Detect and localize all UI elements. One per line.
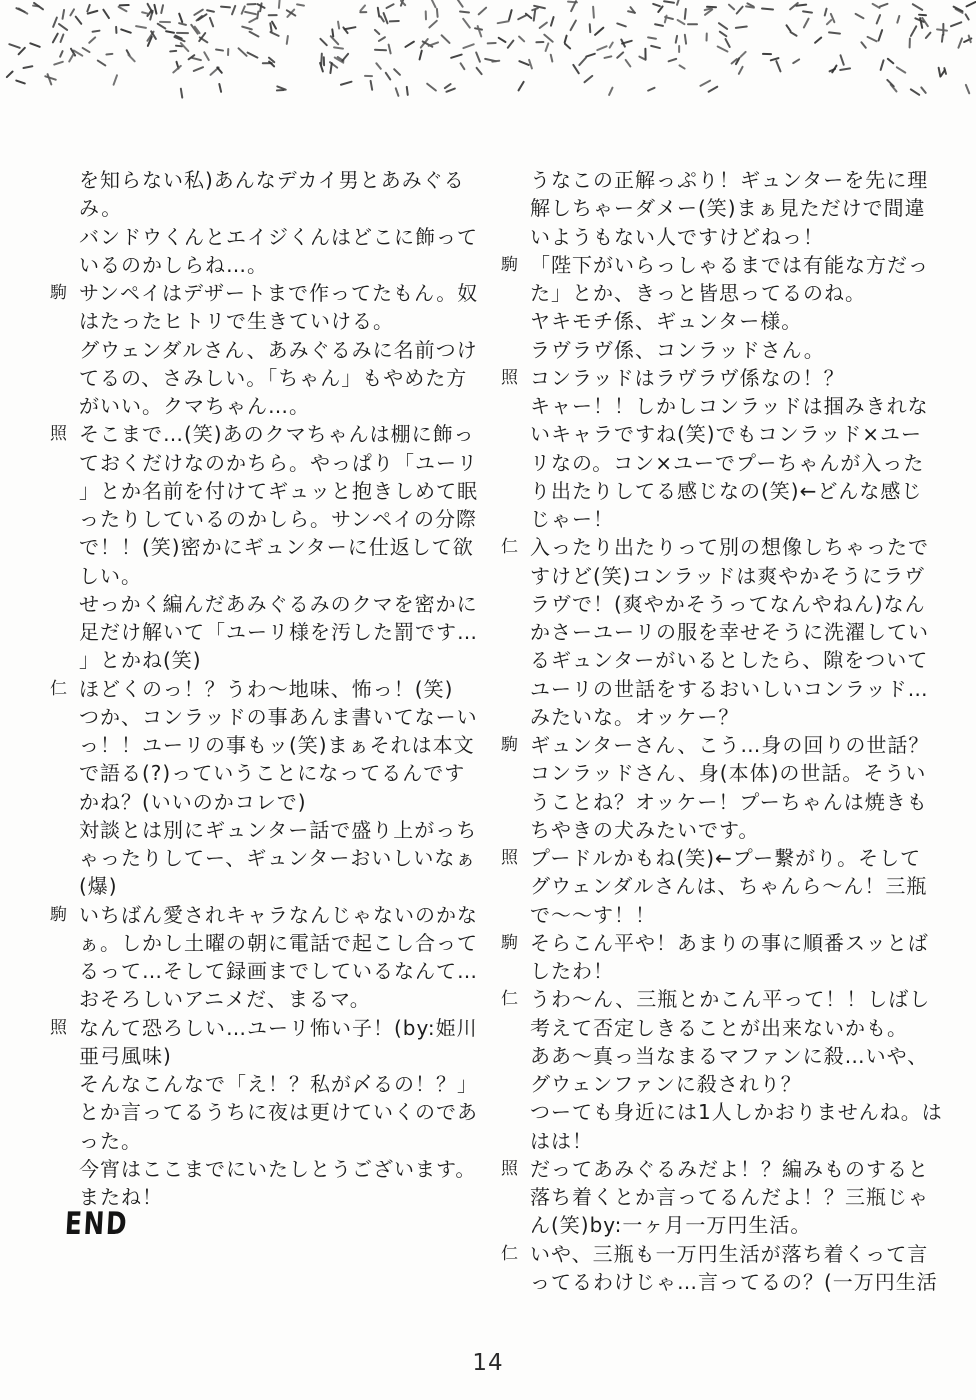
confetti-dash <box>839 54 845 66</box>
dialogue-paragraph: 照プードルかもね(笑)←プー繋がり。そして グウェンダルさんは、ちゃんら〜ん！三… <box>501 844 939 929</box>
confetti-dash <box>202 51 209 61</box>
dialogue-text: そんなこんなで「え！？私が〆るの！？」 とか言ってるうちに夜は更けていくのであ … <box>79 1070 488 1155</box>
speaker-marker: 仁 <box>501 1240 530 1297</box>
dialogue-continuation: うなこの正解っぷり！ギュンターを先に理 解しちゃーダメー(笑)まぁ見ただけで間違… <box>501 166 939 251</box>
speaker-marker: 駒 <box>501 929 530 986</box>
confetti-dash <box>406 85 409 96</box>
confetti-dash <box>624 59 631 68</box>
confetti-dash <box>430 0 437 8</box>
confetti-dash <box>74 15 82 25</box>
confetti-dash <box>454 0 463 8</box>
confetti-dash <box>728 3 736 11</box>
confetti-dash <box>678 64 686 70</box>
confetti-dash <box>909 25 917 37</box>
confetti-dash <box>879 59 885 71</box>
confetti-dash <box>369 79 373 90</box>
dialogue-text: だってあみぐるみだよ！？編みものすると 落ち着くとか言ってるんだよ！？三瓶じゃ … <box>530 1155 939 1240</box>
confetti-dash <box>333 46 345 50</box>
dialogue-paragraph: 照そこまで…(笑)あのクマちゃんは棚に飾っ ておくだけなのかちら。やっぱり「ユー… <box>50 420 488 590</box>
confetti-dash <box>393 68 402 77</box>
confetti-dash <box>278 0 281 10</box>
confetti-dash <box>105 53 114 56</box>
confetti-dash <box>241 25 253 30</box>
dialogue-continuation: ヤキモチ係、ギュンター様。 <box>501 307 939 335</box>
confetti-dash <box>594 26 605 36</box>
page-number: 14 <box>0 1350 976 1376</box>
confetti-dash <box>879 3 889 8</box>
confetti-dash <box>789 31 798 38</box>
confetti-dash <box>860 41 867 49</box>
confetti-dash <box>596 45 608 51</box>
confetti-dash <box>141 11 150 15</box>
confetti-dash <box>377 35 386 42</box>
confetti-dash <box>169 50 177 53</box>
confetti-dash <box>828 32 841 36</box>
speaker-marker: 仁 <box>501 533 530 731</box>
confetti-dash <box>427 41 439 47</box>
dialogue-continuation: バンドウくんとエイジくんはどこに飾って いるのかしらね…。 <box>50 223 488 280</box>
confetti-dash <box>476 25 482 38</box>
dialogue-continuation: ラヴラヴ係、コンラッドさん。 <box>501 336 939 364</box>
confetti-dash <box>127 54 136 63</box>
confetti-dash <box>549 54 553 63</box>
confetti-dash <box>707 85 718 93</box>
confetti-dash <box>449 53 462 59</box>
confetti-band <box>0 0 976 105</box>
confetti-dash <box>877 28 883 41</box>
confetti-dash <box>331 29 334 39</box>
dialogue-text: なんて恐ろしい…ユーリ怖い子！(by:姫川 亜弓風味) <box>79 1014 488 1071</box>
scanned-page: を知らない私)あんなデカイ男とあみぐる み。バンドウくんとエイジくんはどこに飾っ… <box>0 0 976 1400</box>
confetti-dash <box>508 9 513 22</box>
dialogue-text: ほどくのっ！？うわ〜地味、怖っ！(笑) <box>79 675 488 703</box>
confetti-dash <box>735 5 744 15</box>
confetti-dash <box>459 10 470 14</box>
dialogue-continuation: そんなこんなで「え！？私が〆るの！？」 とか言ってるうちに夜は更けていくのであ … <box>50 1070 488 1155</box>
dialogue-text: 「陛下がいらっしゃるまでは有能な方だっ た」とか、きっと皆思ってるのね。 <box>530 251 939 308</box>
speaker-marker <box>50 336 79 421</box>
confetti-dash <box>319 37 328 46</box>
confetti-dash <box>615 51 624 59</box>
confetti-dash <box>675 35 679 44</box>
confetti-dash <box>364 75 373 78</box>
confetti-dash <box>802 17 810 29</box>
confetti-dash <box>761 7 774 10</box>
confetti-dash <box>256 10 260 20</box>
dialogue-paragraph: 駒「陛下がいらっしゃるまでは有能な方だっ た」とか、きっと皆思ってるのね。 <box>501 251 939 308</box>
confetti-dash <box>440 34 451 44</box>
confetti-dash <box>705 33 708 42</box>
speaker-marker <box>501 392 530 533</box>
confetti-dash <box>385 3 395 10</box>
confetti-dash <box>61 9 65 20</box>
confetti-dash <box>244 10 257 15</box>
confetti-dash <box>854 12 865 19</box>
confetti-dash <box>603 55 613 59</box>
confetti-dash <box>462 17 471 28</box>
dialogue-text: ラヴラヴ係、コンラッドさん。 <box>530 336 939 364</box>
confetti-dash <box>426 82 437 92</box>
confetti-dash <box>51 16 57 28</box>
confetti-dash <box>462 43 475 50</box>
confetti-dash <box>792 58 800 64</box>
confetti-dash <box>436 7 439 18</box>
confetti-dash <box>957 37 963 49</box>
confetti-dash <box>876 13 882 24</box>
confetti-dash <box>240 5 246 15</box>
speaker-marker <box>50 166 79 223</box>
confetti-dash <box>647 36 657 40</box>
confetti-dash <box>608 86 614 96</box>
speaker-marker <box>50 816 79 901</box>
confetti-dash <box>724 38 731 49</box>
confetti-dash <box>320 52 323 65</box>
confetti-dash <box>117 6 128 13</box>
confetti-dash <box>269 31 280 38</box>
confetti-dash <box>550 16 555 27</box>
confetti-dash <box>699 79 711 87</box>
confetti-dash <box>683 8 686 21</box>
confetti-dash <box>248 30 259 37</box>
confetti-dash <box>592 5 595 18</box>
confetti-dash <box>51 32 59 44</box>
speaker-marker <box>50 703 79 816</box>
confetti-dash <box>159 21 171 24</box>
speaker-marker: 駒 <box>50 279 79 336</box>
confetti-dash <box>911 3 923 11</box>
speaker-marker: 仁 <box>50 675 79 703</box>
dialogue-text: せっかく編んだあみぐるみのクマを密かに 足だけ解いて「ユーリ様を汚した罰です… … <box>79 590 488 675</box>
confetti-dash <box>683 33 687 44</box>
confetti-dash <box>616 22 627 28</box>
confetti-dash <box>498 36 508 43</box>
confetti-dash <box>160 4 164 14</box>
speaker-marker: 駒 <box>50 901 79 1014</box>
dialogue-column-left: を知らない私)あんなデカイ男とあみぐる み。バンドウくんとエイジくんはどこに飾っ… <box>50 166 488 1211</box>
confetti-dash <box>112 74 118 86</box>
speaker-marker: 照 <box>501 364 530 392</box>
confetti-dash <box>82 47 92 54</box>
dialogue-text: うなこの正解っぷり！ギュンターを先に理 解しちゃーダメー(笑)まぁ見ただけで間違… <box>530 166 939 251</box>
confetti-dash <box>329 62 333 74</box>
dialogue-paragraph: 仁うわ〜ん、三瓶とかこん平って！！しばし 考えて否定しきることが出来ないかも。 <box>501 985 939 1042</box>
confetti-dash <box>176 32 189 34</box>
confetti-dash <box>120 28 132 34</box>
confetti-dash <box>517 81 525 92</box>
confetti-dash <box>528 59 533 70</box>
confetti-dash <box>662 0 674 4</box>
speaker-marker: 駒 <box>501 251 530 308</box>
confetti-dash <box>761 53 771 55</box>
confetti-dash <box>389 19 400 22</box>
confetti-dash <box>215 49 224 53</box>
confetti-dash <box>227 48 229 56</box>
confetti-dash <box>823 7 827 16</box>
confetti-dash <box>404 40 415 48</box>
confetti-dash <box>135 25 147 29</box>
confetti-dash <box>59 33 65 43</box>
dialogue-text: ああ〜真っ当なまるマファンに殺…いや、 グウェンファンに殺されり？ <box>530 1042 939 1099</box>
confetti-dash <box>58 22 69 31</box>
dialogue-text: コンラッドはラヴラヴ係なの！？ <box>530 364 939 392</box>
confetti-dash <box>950 20 963 27</box>
confetti-dash <box>115 25 118 33</box>
confetti-dash <box>384 72 391 81</box>
dialogue-text: プードルかもね(笑)←プー繋がり。そして グウェンダルさんは、ちゃんら〜ん！三瓶… <box>530 844 939 929</box>
dialogue-paragraph: 照なんて恐ろしい…ユーリ怖い子！(by:姫川 亜弓風味) <box>50 1014 488 1071</box>
confetti-dash <box>802 10 813 14</box>
confetti-dash <box>192 65 204 72</box>
end-label: END <box>64 1206 129 1242</box>
confetti-dash <box>206 9 215 13</box>
speaker-marker <box>501 307 530 335</box>
dialogue-text: つか、コンラッドの事あんま書いてなーい っ！！ユーリの事もッ(笑)まぁそれは本文… <box>79 703 488 816</box>
confetti-dash <box>340 80 353 86</box>
confetti-dash <box>375 62 382 70</box>
confetti-dash <box>920 86 927 94</box>
confetti-dash <box>428 20 438 30</box>
confetti-dash <box>102 8 111 19</box>
confetti-dash <box>964 84 970 95</box>
confetti-dash <box>654 23 664 27</box>
confetti-dash <box>964 13 970 21</box>
confetti-dash <box>230 5 236 16</box>
speaker-marker: 照 <box>50 420 79 590</box>
dialogue-text: うわ〜ん、三瓶とかこん平って！！しばし 考えて否定しきることが出来ないかも。 <box>530 985 939 1042</box>
dialogue-text: いや、三瓶も一万円生活が落ち着くって言 ってるわけじゃ…言ってるの？(一万円生活 <box>530 1240 939 1297</box>
dialogue-paragraph: 駒いちばん愛されキャラなんじゃないのかな ぁ。しかし土曜の朝に電話で起こし合って… <box>50 901 488 1014</box>
confetti-dash <box>208 17 214 28</box>
dialogue-text: そこまで…(笑)あのクマちゃんは棚に飾っ ておくだけなのかちら。やっぱり「ユーリ… <box>79 420 488 590</box>
confetti-dash <box>359 11 367 13</box>
dialogue-paragraph: 仁ほどくのっ！？うわ〜地味、怖っ！(笑) <box>50 675 488 703</box>
confetti-dash <box>589 23 592 33</box>
confetti-dash <box>675 0 680 7</box>
confetti-dash <box>647 86 656 92</box>
confetti-dash <box>5 70 13 78</box>
confetti-dash <box>341 53 349 63</box>
confetti-dash <box>491 60 500 63</box>
confetti-dash <box>909 88 920 96</box>
confetti-dash <box>896 14 901 23</box>
confetti-dash <box>28 42 40 48</box>
speaker-marker: 照 <box>50 1014 79 1071</box>
dialogue-text: ヤキモチ係、ギュンター様。 <box>530 307 939 335</box>
confetti-dash <box>373 29 380 36</box>
confetti-dash <box>583 74 594 83</box>
speaker-marker <box>50 590 79 675</box>
dialogue-paragraph: 駒ギュンターさん、こう…身の回りの世話？ コンラッドさん、身(本体)の世話。そう… <box>501 731 939 844</box>
dialogue-text: 今宵はここまでにいたしとうございます。 <box>79 1155 488 1183</box>
dialogue-text: を知らない私)あんなデカイ男とあみぐる み。 <box>79 166 488 223</box>
dialogue-continuation: つーても身近には1人しかおりませんね。は はは！ <box>501 1098 939 1155</box>
confetti-dash <box>387 43 392 54</box>
confetti-dash <box>165 30 175 34</box>
confetti-dash <box>563 34 568 43</box>
confetti-dash <box>68 53 75 63</box>
speaker-marker <box>501 166 530 251</box>
confetti-dash <box>118 3 129 6</box>
confetti-dash <box>59 50 64 59</box>
speaker-marker: 駒 <box>501 731 530 844</box>
confetti-dash <box>459 62 466 70</box>
confetti-dash <box>735 25 748 29</box>
confetti-dash <box>268 14 278 16</box>
confetti-dash <box>965 1 976 8</box>
confetti-dash <box>775 60 782 72</box>
dialogue-text: バンドウくんとエイジくんはどこに飾って いるのかしらね…。 <box>79 223 488 280</box>
confetti-dash <box>53 60 64 65</box>
dialogue-text: グウェンダルさん、あみぐるみに名前つけ てるの、さみしい。「ちゃん」もやめた方 … <box>79 336 488 421</box>
dialogue-text: キャー！！しかしコンラッドは掴みきれな いキャラですね(笑)でもコンラッド×ユー… <box>530 392 939 533</box>
dialogue-continuation: 対談とは別にギュンター話で盛り上がっち ゃったりしてー、ギュンターおいしいなぁ … <box>50 816 488 901</box>
confetti-dash <box>738 66 744 75</box>
confetti-dash <box>539 21 549 29</box>
speaker-marker <box>501 1098 530 1155</box>
confetti-dash <box>839 67 851 71</box>
confetti-dash <box>716 45 729 53</box>
confetti-dash <box>943 66 947 74</box>
speaker-marker <box>50 223 79 280</box>
dialogue-paragraph: 駒そらこん平や！あまりの事に順番スッとば したわ！ <box>501 929 939 986</box>
confetti-dash <box>15 79 26 85</box>
confetti-dash <box>285 34 289 45</box>
dialogue-paragraph: 照だってあみぐるみだよ！？編みものすると 落ち着くとか言ってるんだよ！？三瓶じゃ… <box>501 1155 939 1240</box>
confetti-dash <box>8 42 21 48</box>
confetti-dash <box>687 23 698 25</box>
dialogue-text: 入ったり出たりって別の想像しちゃったで すけど(笑)コンラッドは爽やかそうにラヴ… <box>530 533 939 731</box>
confetti-dash <box>918 13 927 16</box>
dialogue-continuation: キャー！！しかしコンラッドは掴みきれな いキャラですね(笑)でもコンラッド×ユー… <box>501 392 939 533</box>
dialogue-text: またね！ <box>79 1183 488 1211</box>
confetti-dash <box>157 22 167 29</box>
speaker-marker <box>501 336 530 364</box>
dialogue-continuation: 今宵はここまでにいたしとうございます。 <box>50 1155 488 1183</box>
confetti-dash <box>487 42 497 45</box>
dialogue-paragraph: 仁いや、三瓶も一万円生活が落ち着くって言 ってるわけじゃ…言ってるの？(一万円生… <box>501 1240 939 1297</box>
confetti-dash <box>517 35 525 43</box>
confetti-dash <box>925 31 932 39</box>
confetti-dash <box>814 36 823 44</box>
confetti-dash <box>337 21 341 30</box>
dialogue-continuation: グウェンダルさん、あみぐるみに名前つけ てるの、さみしい。「ちゃん」もやめた方 … <box>50 336 488 421</box>
confetti-dash <box>92 29 101 32</box>
dialogue-text: つーても身近には1人しかおりませんね。は はは！ <box>530 1098 943 1155</box>
confetti-dash <box>544 42 549 52</box>
dialogue-continuation: を知らない私)あんなデカイ男とあみぐる み。 <box>50 166 488 223</box>
confetti-dash <box>517 14 528 21</box>
confetti-dash <box>475 51 481 63</box>
dialogue-continuation: ああ〜真っ当なまるマファンに殺…いや、 グウェンファンに殺されり？ <box>501 1042 939 1099</box>
confetti-dash <box>908 38 911 49</box>
speaker-marker: 仁 <box>501 985 530 1042</box>
dialogue-paragraph: 照コンラッドはラヴラヴ係なの！？ <box>501 364 939 392</box>
dialogue-paragraph: 仁入ったり出たりって別の想像しちゃったで すけど(笑)コンラッドは爽やかそうにラ… <box>501 533 939 731</box>
confetti-dash <box>719 30 729 38</box>
dialogue-text: 対談とは別にギュンター話で盛り上がっち ゃったりしてー、ギュンターおいしいなぁ … <box>79 816 488 901</box>
confetti-dash <box>247 3 257 6</box>
confetti-dash <box>569 19 577 31</box>
confetti-dash <box>667 57 678 62</box>
confetti-dash <box>496 20 509 24</box>
confetti-dash <box>296 3 305 7</box>
dialogue-text: そらこん平や！あまりの事に順番スッとば したわ！ <box>530 929 939 986</box>
confetti-dash <box>650 45 661 50</box>
confetti-dash <box>218 83 222 94</box>
confetti-dash <box>535 40 544 43</box>
dialogue-paragraph: 駒サンペイはデザートまで作ってたもん。奴 はたったヒトリで生きていける。 <box>50 279 488 336</box>
confetti-dash <box>97 59 107 67</box>
confetti-dash <box>578 56 587 66</box>
confetti-dash <box>373 48 386 51</box>
confetti-dash <box>739 50 747 57</box>
confetti-dash <box>87 36 96 44</box>
confetti-dash <box>21 64 33 68</box>
confetti-dash <box>418 49 423 60</box>
speaker-marker: 照 <box>501 844 530 929</box>
confetti-dash <box>866 36 877 43</box>
speaker-marker <box>50 1070 79 1155</box>
confetti-dash <box>608 41 614 49</box>
dialogue-text: いちばん愛されキャラなんじゃないのかな ぁ。しかし土曜の朝に電話で起こし合って … <box>79 901 488 1014</box>
confetti-dash <box>394 87 399 97</box>
dialogue-continuation: せっかく編んだあみぐるみのクマを密かに 足だけ解いて「ユーリ様を汚した罰です… … <box>50 590 488 675</box>
confetti-dash <box>678 45 680 53</box>
speaker-marker <box>50 1155 79 1183</box>
confetti-dash <box>178 22 187 26</box>
speaker-marker <box>501 1042 530 1099</box>
confetti-dash <box>425 10 428 20</box>
confetti-dash <box>895 66 906 74</box>
dialogue-continuation: つか、コンラッドの事あんま書いてなーい っ！！ユーリの事もッ(笑)まぁそれは本文… <box>50 703 488 816</box>
confetti-dash <box>476 6 487 16</box>
confetti-dash <box>543 33 554 43</box>
confetti-dash <box>887 57 895 64</box>
dialogue-column-right: うなこの正解っぷり！ギュンターを先に理 解しちゃーダメー(笑)まぁ見ただけで間違… <box>501 166 939 1296</box>
speaker-marker: 照 <box>501 1155 530 1240</box>
dialogue-text: サンペイはデザートまで作ってたもん。奴 はたったヒトリで生きていける。 <box>79 279 488 336</box>
confetti-dash <box>506 39 514 49</box>
confetti-dash <box>179 87 183 98</box>
confetti-dash <box>220 6 231 9</box>
confetti-dash <box>475 66 483 75</box>
confetti-dash <box>15 7 26 13</box>
dialogue-text: ギュンターさん、こう…身の回りの世話？ コンラッドさん、身(本体)の世話。そうい… <box>530 731 939 844</box>
